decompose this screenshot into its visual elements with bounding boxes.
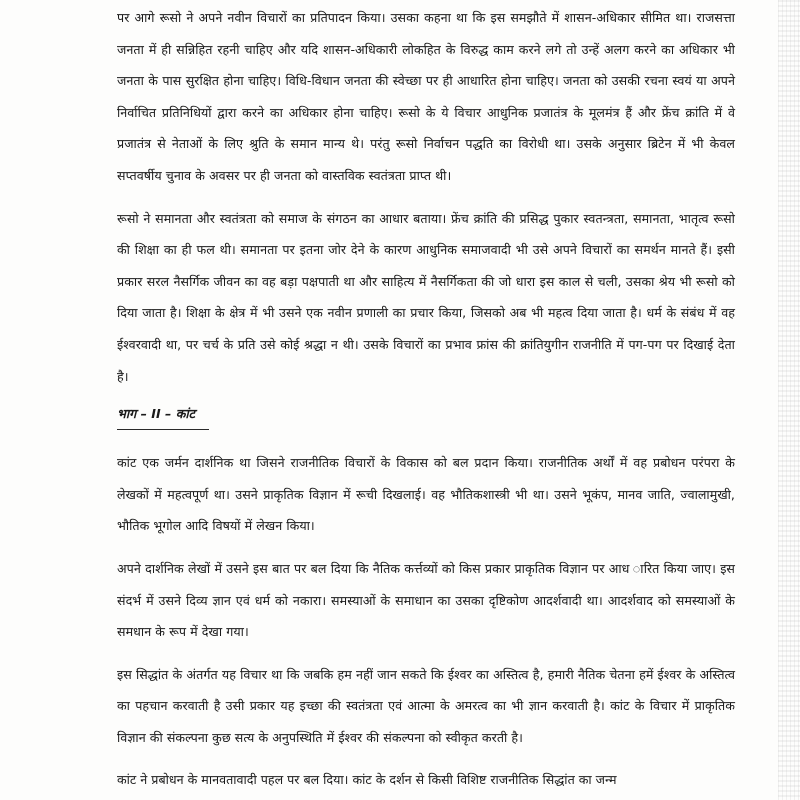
paragraph-kant-3: इस सिद्धांत के अंतर्गत यह विचार था कि जब… xyxy=(117,659,735,754)
scan-binding-edge xyxy=(778,0,800,800)
section-heading: भाग – II – कांट xyxy=(117,403,209,430)
paragraph-rousseau-1: पर आगे रूसो ने अपने नवीन विचारों का प्रत… xyxy=(117,2,735,192)
paragraph-rousseau-2: रूसो ने समानता और स्वतंत्रता को समाज के … xyxy=(117,203,735,393)
section-heading-wrap: भाग – II – कांट xyxy=(117,403,735,439)
paragraph-kant-1: कांट एक जर्मन दार्शनिक था जिसने राजनीतिक… xyxy=(117,447,735,542)
paragraph-kant-4-partial: कांट ने प्रबोधन के मानवतावादी पहल पर बल … xyxy=(117,764,735,786)
document-body: पर आगे रूसो ने अपने नवीन विचारों का प्रत… xyxy=(117,2,735,786)
paragraph-kant-2: अपने दार्शनिक लेखों में उसने इस बात पर ब… xyxy=(117,553,735,648)
scanned-page: पर आगे रूसो ने अपने नवीन विचारों का प्रत… xyxy=(0,0,800,800)
